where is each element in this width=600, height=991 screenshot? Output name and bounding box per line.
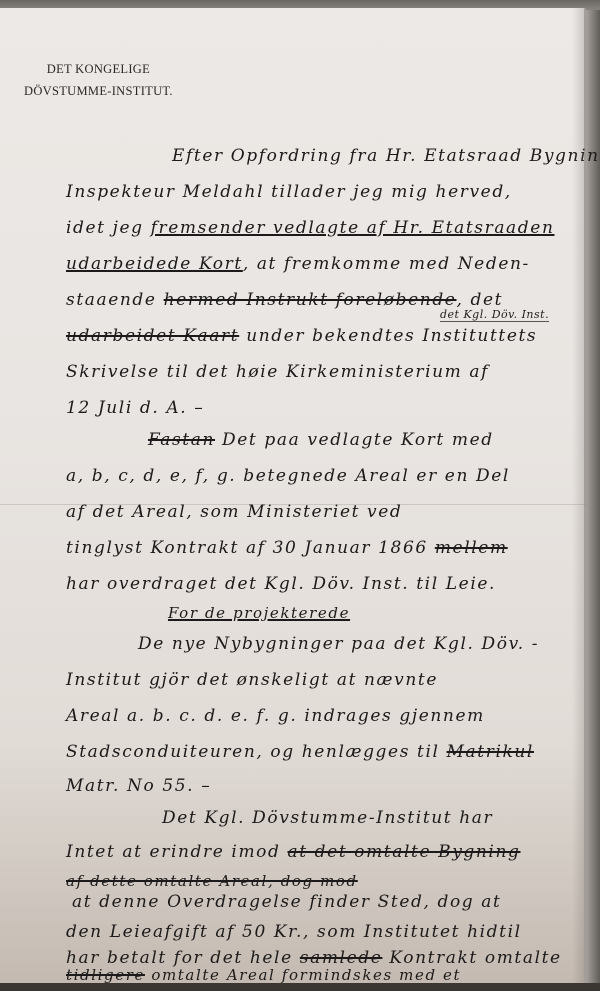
handwritten-body-bottom: tidligere omtalte Areal formindskes med … [0,8,586,983]
text-line: tidligere omtalte Areal formindskes med … [66,966,461,984]
struck-text: tidligere [66,966,145,984]
scan-bottom-edge [0,983,600,991]
text-fragment: omtalte Areal formindskes med et [151,966,461,984]
